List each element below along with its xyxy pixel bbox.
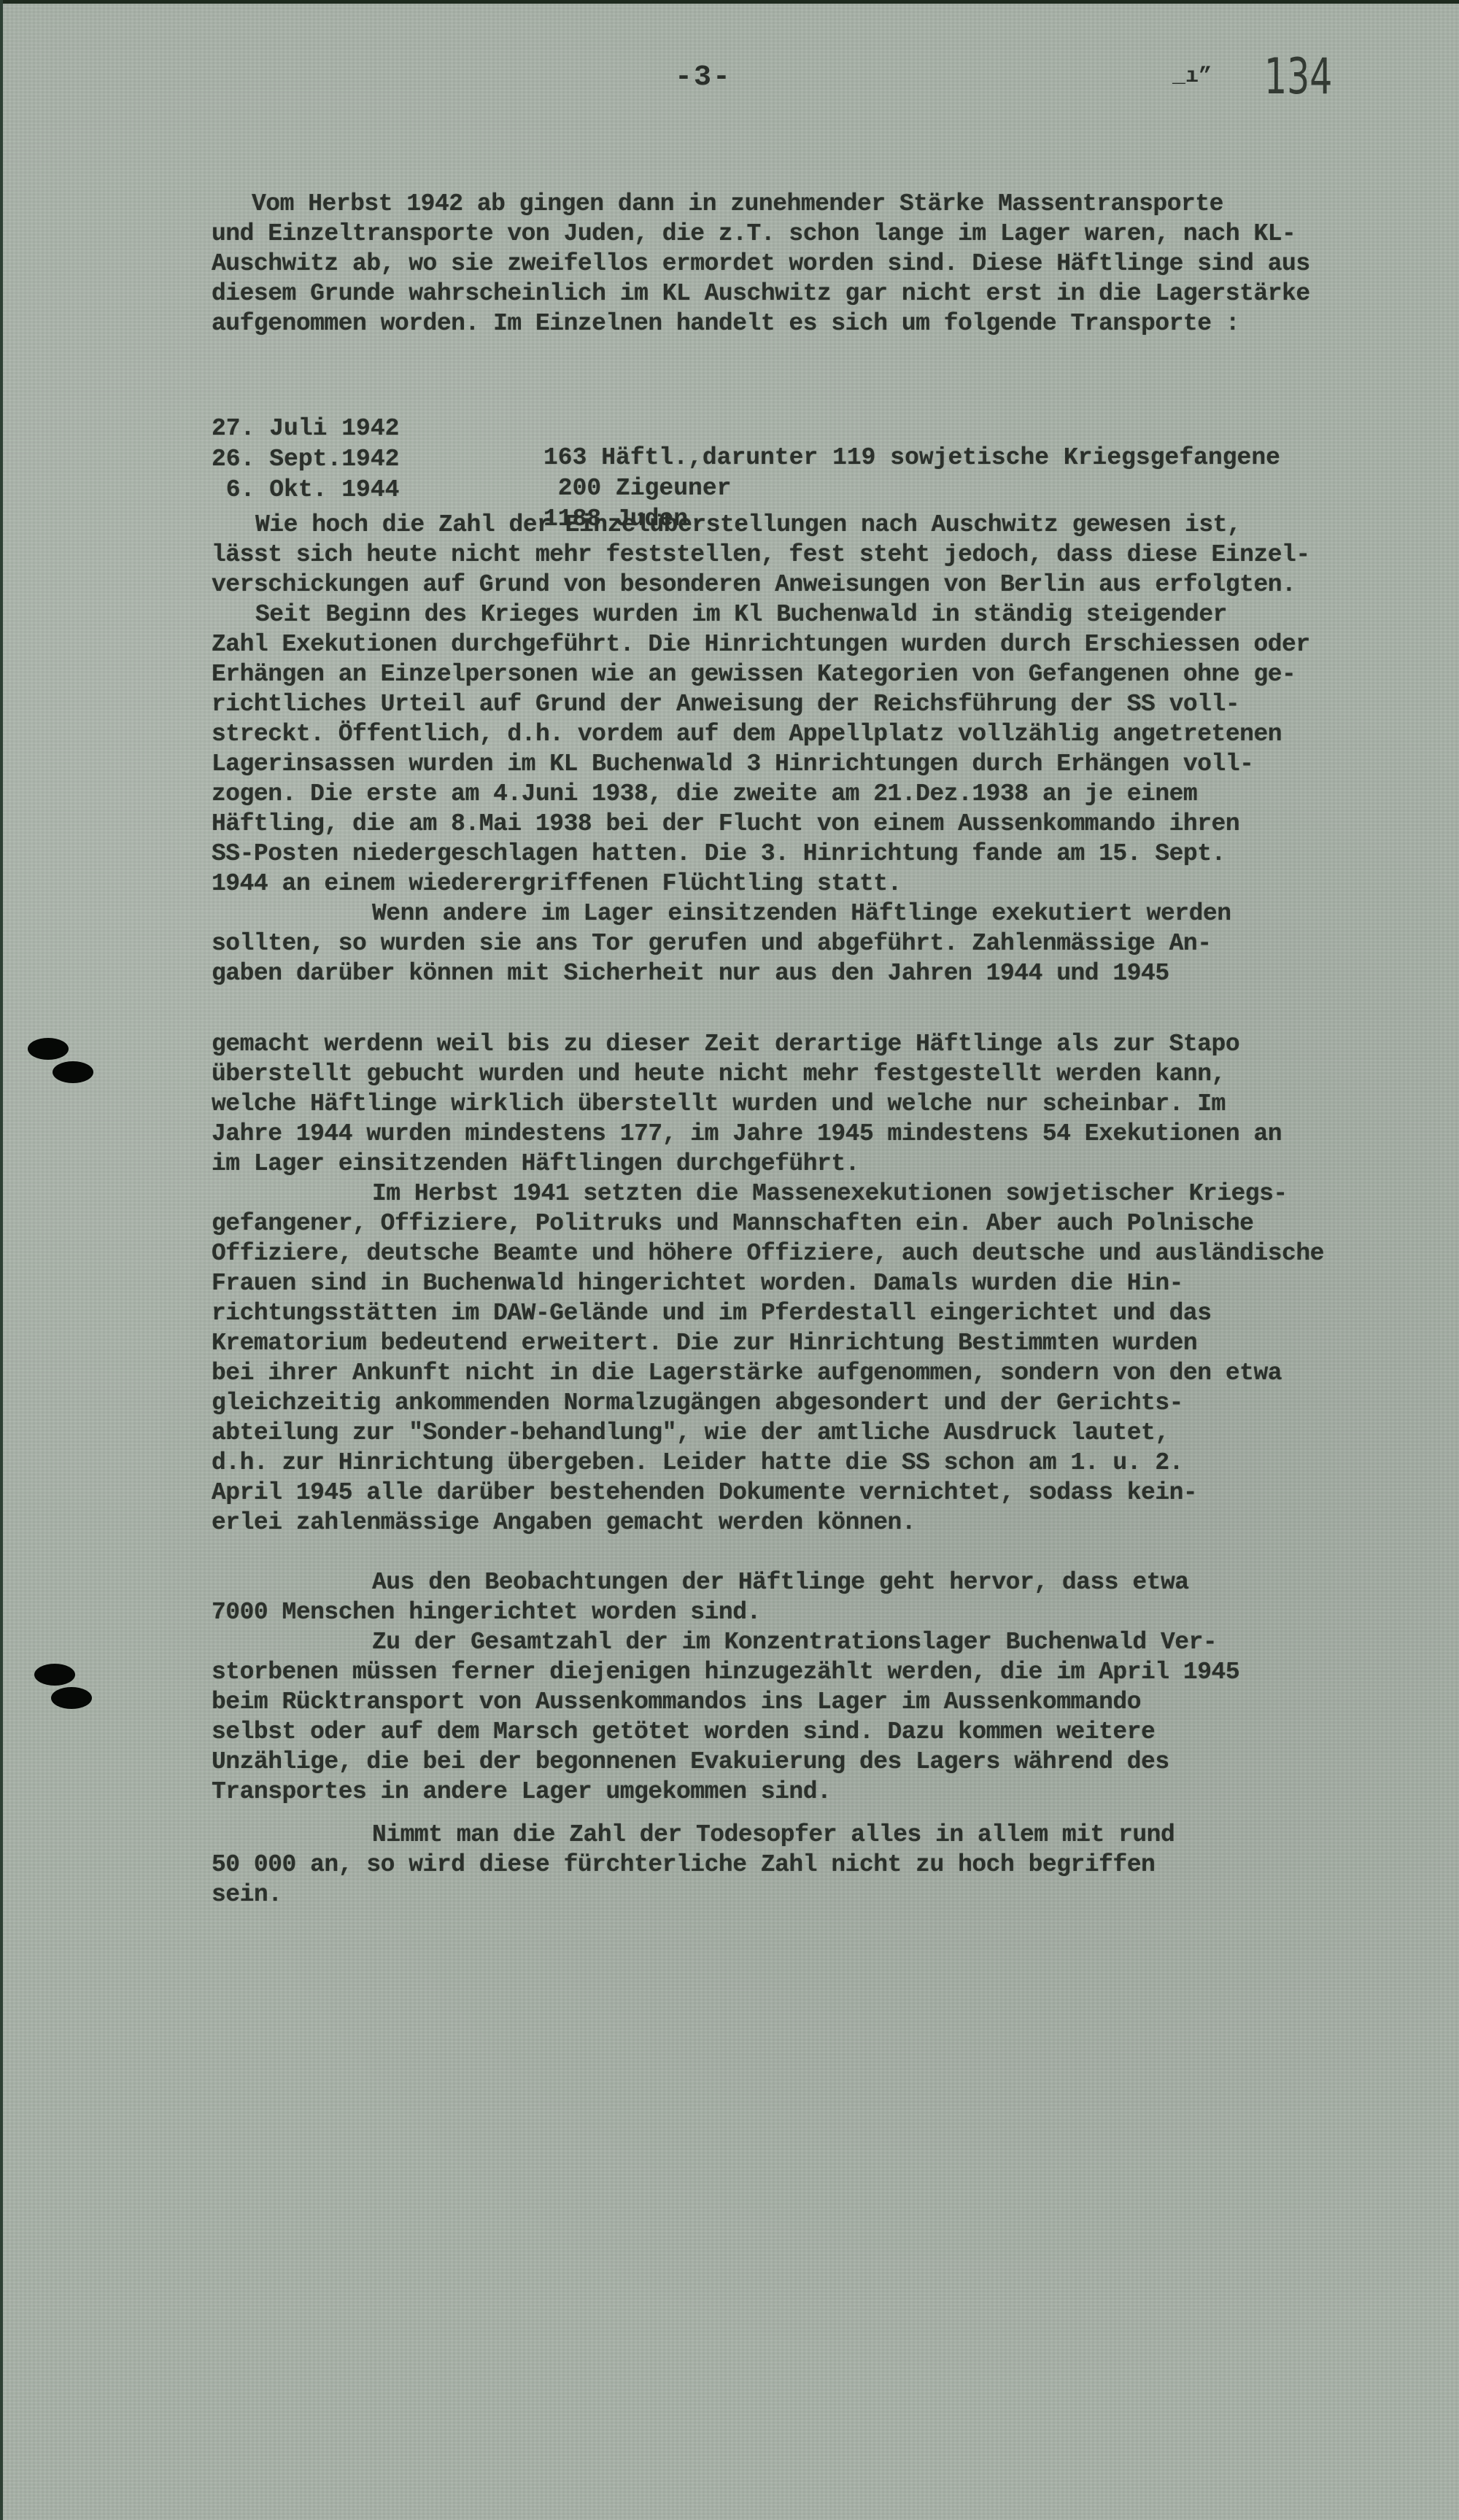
text-line: Wie hoch die Zahl der Einzelüberstellung…	[255, 511, 1241, 540]
transport-description: 200 Zigeuner	[543, 474, 731, 503]
text-line: gleichzeitig ankommenden Normalzugängen …	[212, 1389, 1183, 1418]
text-line: und Einzeltransporte von Juden, die z.T.…	[212, 220, 1296, 249]
text-line: SS-Posten niedergeschlagen hatten. Die 3…	[212, 840, 1226, 869]
text-line: Offiziere, deutsche Beamte und höhere Of…	[212, 1239, 1324, 1268]
text-line: d.h. zur Hinrichtung übergeben. Leider h…	[212, 1449, 1183, 1478]
text-line: gaben darüber können mit Sicherheit nur …	[212, 959, 1169, 988]
text-line: Im Herbst 1941 setzten die Massenexekuti…	[372, 1179, 1288, 1209]
text-line: beim Rücktransport von Aussenkommandos i…	[212, 1688, 1141, 1717]
text-line: 50 000 an, so wird diese fürchterliche Z…	[212, 1850, 1155, 1880]
text-line: Auschwitz ab, wo sie zweifellos ermordet…	[212, 249, 1310, 279]
text-line: bei ihrer Ankunft nicht in die Lagerstär…	[212, 1359, 1282, 1388]
text-line: überstellt gebucht wurden und heute nich…	[212, 1060, 1226, 1089]
text-line: zogen. Die erste am 4.Juni 1938, die zwe…	[212, 780, 1197, 809]
text-line: lässt sich heute nicht mehr feststellen,…	[212, 540, 1310, 570]
text-line: Zahl Exekutionen durchgeführt. Die Hinri…	[212, 630, 1310, 659]
text-line: Häftling, die am 8.Mai 1938 bei der Fluc…	[212, 810, 1239, 839]
punch-hole-icon	[51, 1687, 92, 1709]
text-line: Aus den Beobachtungen der Häftlinge geht…	[372, 1568, 1189, 1597]
text-line: aufgenommen worden. Im Einzelnen handelt…	[212, 309, 1239, 338]
text-line: April 1945 alle darüber bestehenden Doku…	[212, 1478, 1197, 1508]
text-line: verschickungen auf Grund von besonderen …	[212, 570, 1296, 600]
folio-mark: _ı”	[1172, 64, 1212, 89]
text-line: storbenen müssen ferner diejenigen hinzu…	[212, 1658, 1239, 1687]
text-line: Zu der Gesamtzahl der im Konzentrationsl…	[372, 1628, 1217, 1657]
page-number: -3-	[675, 61, 732, 94]
text-line: Erhängen an Einzelpersonen wie an gewiss…	[212, 660, 1296, 689]
text-line: Lagerinsassen wurden im KL Buchenwald 3 …	[212, 750, 1253, 779]
text-line: Frauen sind in Buchenwald hingerichtet w…	[212, 1269, 1183, 1298]
text-line: richtliches Urteil auf Grund der Anweisu…	[212, 690, 1239, 719]
text-line: Nimmt man die Zahl der Todesopfer alles …	[372, 1821, 1174, 1850]
text-line: 7000 Menschen hingerichtet worden sind.	[212, 1598, 761, 1627]
text-line: welche Häftlinge wirklich überstellt wur…	[212, 1090, 1226, 1119]
text-line: abteilung zur "Sonder-behandlung", wie d…	[212, 1419, 1169, 1448]
text-line: gefangener, Offiziere, Politruks und Man…	[212, 1209, 1253, 1238]
text-line: Krematorium bedeutend erweitert. Die zur…	[212, 1329, 1197, 1358]
text-line: Unzählige, die bei der begonnenen Evakui…	[212, 1748, 1169, 1777]
text-line: streckt. Öffentlich, d.h. vordem auf dem…	[212, 720, 1282, 749]
text-line: Jahre 1944 wurden mindestens 177, im Jah…	[212, 1120, 1282, 1149]
text-line: erlei zahlenmässige Angaben gemacht werd…	[212, 1508, 916, 1538]
scan-left-edge	[0, 0, 3, 2520]
folio-number: 134	[1264, 48, 1332, 106]
punch-hole-icon	[34, 1664, 75, 1686]
text-line: diesem Grunde wahrscheinlich im KL Ausch…	[212, 279, 1310, 309]
text-line: richtungsstätten im DAW-Gelände und im P…	[212, 1299, 1212, 1328]
text-line: Vom Herbst 1942 ab gingen dann in zunehm…	[252, 190, 1223, 219]
text-line: Transportes in andere Lager umgekommen s…	[212, 1777, 831, 1807]
text-line: selbst oder auf dem Marsch getötet worde…	[212, 1718, 1155, 1747]
text-line: Wenn andere im Lager einsitzenden Häftli…	[372, 899, 1231, 928]
text-line: sein.	[212, 1880, 282, 1910]
scan-top-edge	[0, 0, 1459, 4]
text-line: sollten, so wurden sie ans Tor gerufen u…	[212, 929, 1212, 958]
transport-date: 6. Okt. 1944	[212, 476, 399, 505]
punch-hole-icon	[28, 1038, 69, 1060]
text-line: 1944 an einem wiederergriffenen Flüchtli…	[212, 869, 902, 899]
text-line: im Lager einsitzenden Häftlingen durchge…	[212, 1149, 859, 1179]
text-line: gemacht werdenn weil bis zu dieser Zeit …	[212, 1030, 1239, 1059]
punch-hole-icon	[53, 1061, 93, 1083]
text-line: Seit Beginn des Krieges wurden im Kl Buc…	[255, 600, 1227, 629]
transport-description: 163 Häftl.,darunter 119 sowjetische Krie…	[543, 443, 1280, 473]
